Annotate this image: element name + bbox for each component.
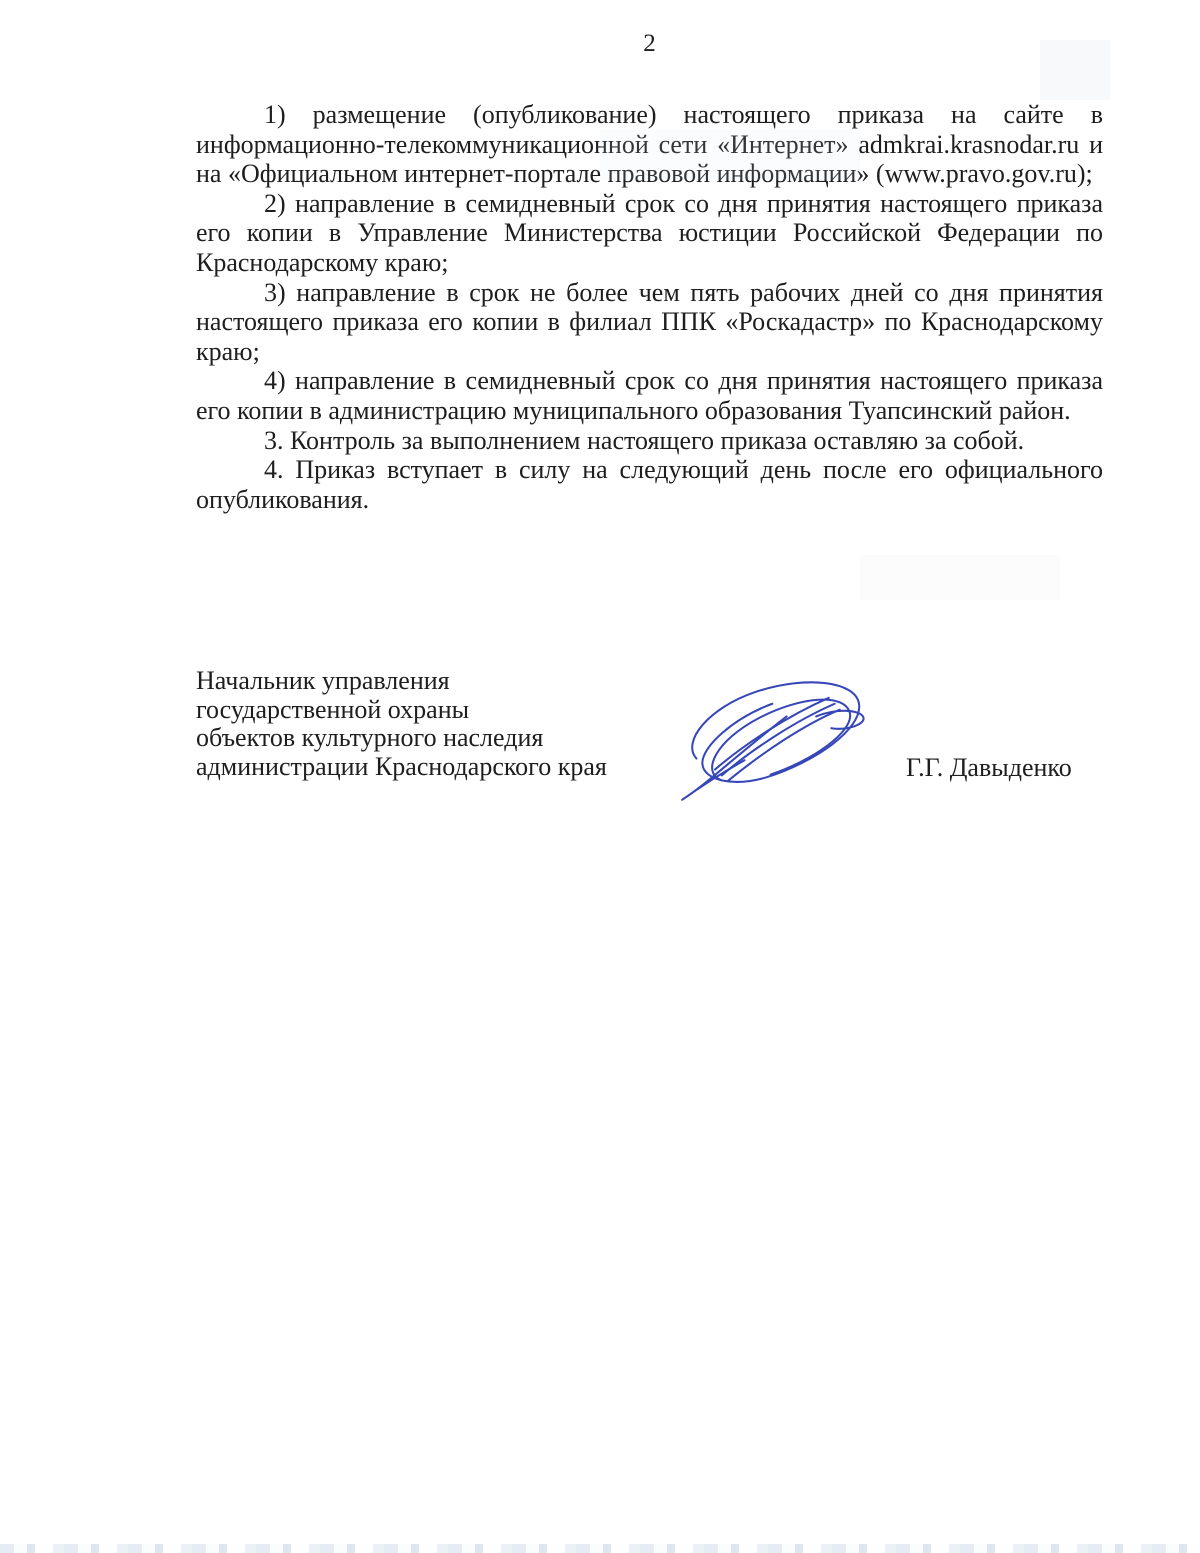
signer-title-line: администрации Краснодарского края bbox=[196, 753, 607, 782]
signer-title: Начальник управления государственной охр… bbox=[196, 667, 607, 781]
paragraph-item-2: 2) направление в семидневный срок со дня… bbox=[196, 189, 1103, 278]
signer-title-line: государственной охраны bbox=[196, 696, 607, 725]
paragraph-item-1: 1) размещение (опубликование) настоящего… bbox=[196, 100, 1103, 189]
document-body: 1) размещение (опубликование) настоящего… bbox=[196, 100, 1103, 514]
scan-edge-artifact bbox=[0, 1544, 1200, 1553]
page-number: 2 bbox=[196, 30, 1103, 58]
paragraph-control: 3. Контроль за выполнением настоящего пр… bbox=[196, 426, 1103, 456]
signer-name: Г.Г. Давыденко bbox=[906, 753, 1072, 783]
paragraph-entry-into-force: 4. Приказ вступает в силу на следующий д… bbox=[196, 455, 1103, 514]
paragraph-item-3: 3) направление в срок не более чем пять … bbox=[196, 278, 1103, 367]
document-page: 2 1) размещение (опубликование) настояще… bbox=[0, 0, 1200, 1553]
signer-title-line: Начальник управления bbox=[196, 667, 607, 696]
scan-smudge bbox=[860, 555, 1060, 600]
paragraph-item-4: 4) направление в семидневный срок со дня… bbox=[196, 366, 1103, 425]
signature-stroke bbox=[682, 682, 863, 800]
signature-image bbox=[656, 664, 892, 816]
signer-title-line: объектов культурного наследия bbox=[196, 724, 607, 753]
